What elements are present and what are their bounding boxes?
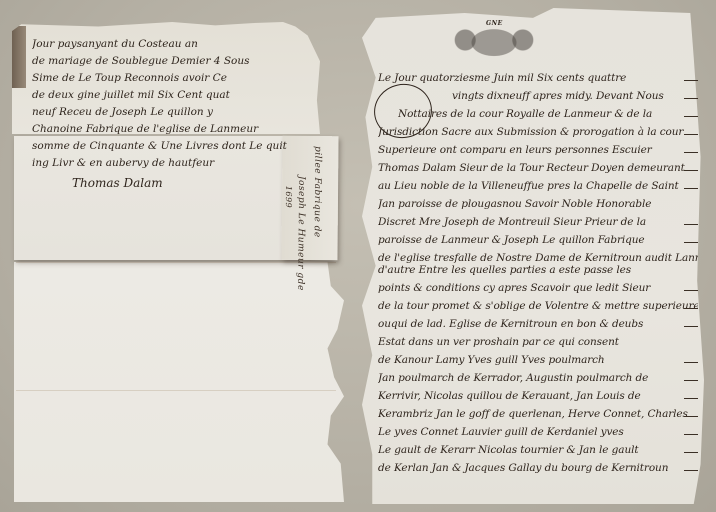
line-filler-dash xyxy=(684,416,698,417)
manuscript-line: au Lieu noble de la Villeneuffue pres la… xyxy=(378,180,698,192)
manuscript-line: Estat dans un ver proshain par ce qui co… xyxy=(378,336,698,348)
manuscript-line: Jour paysanyant du Costeau an xyxy=(32,38,312,50)
docket-strip: pillee Fabrique de Joseph Le Humeur gde … xyxy=(281,136,338,260)
left-folio-lower-panel xyxy=(14,262,344,502)
line-filler-dash xyxy=(684,308,698,309)
line-filler-dash xyxy=(684,98,698,99)
line-filler-dash xyxy=(684,242,698,243)
line-filler-dash xyxy=(684,152,698,153)
manuscript-line: Nottaires de la cour Royalle de Lanmeur … xyxy=(398,108,698,120)
manuscript-line: neuf Receu de Joseph Le quillon y xyxy=(32,106,312,118)
manuscript-line: de mariage de Soublegue Demier 4 Sous xyxy=(32,55,312,67)
manuscript-line: d'autre Entre les quelles parties a este… xyxy=(378,264,698,276)
manuscript-line: Jan poulmarch de Kerrador, Augustin poul… xyxy=(378,372,698,384)
manuscript-line: Le gault de Kerarr Nicolas tournier & Ja… xyxy=(378,444,698,456)
fold-line xyxy=(16,390,336,391)
line-filler-dash xyxy=(684,224,698,225)
line-filler-dash xyxy=(684,470,698,471)
manuscript-line: de Kerlan Jan & Jacques Gallay du bourg … xyxy=(378,462,698,474)
line-filler-dash xyxy=(684,398,698,399)
fold-line xyxy=(16,262,336,263)
line-filler-dash xyxy=(684,434,698,435)
manuscript-line: Jurisdiction Sacre aux Submission & pror… xyxy=(378,126,698,138)
manuscript-line: somme de Cinquante & Une Livres dont Le … xyxy=(32,140,312,152)
manuscript-line: de la tour promet & s'oblige de Volentre… xyxy=(378,300,698,312)
line-filler-dash xyxy=(684,326,698,327)
manuscript-line: paroisse de Lanmeur & Joseph Le quillon … xyxy=(378,234,698,246)
line-filler-dash xyxy=(684,362,698,363)
manuscript-line: Kerrivir, Nicolas quillou de Kerauant, J… xyxy=(378,390,698,402)
line-filler-dash xyxy=(684,134,698,135)
manuscript-line: Le Jour quatorziesme Juin mil Six cents … xyxy=(378,72,698,84)
line-filler-dash xyxy=(684,188,698,189)
manuscript-line: de deux gine juillet mil Six Cent quat xyxy=(32,89,312,101)
manuscript-line: vingts dixneuff apres midy. Devant Nous xyxy=(452,90,698,102)
manuscript-line: Discret Mre Joseph de Montreuil Sieur Pr… xyxy=(378,216,698,228)
line-filler-dash xyxy=(684,170,698,171)
manuscript-line: Chanoine Fabrique de l'eglise de Lanmeur xyxy=(32,123,312,135)
manuscript-line: Jan paroisse de plougasnou Savoir Noble … xyxy=(378,198,698,210)
docket-line: pillee Fabrique de xyxy=(312,146,323,238)
manuscript-line: Sime de Le Toup Reconnois avoir Ce xyxy=(32,72,312,84)
manuscript-line: Kerambriz Jan le goff de querlenan, Herv… xyxy=(378,408,698,420)
docket-line: Joseph Le Humeur gde xyxy=(295,176,306,291)
manuscript-line: ing Livr & en aubervy de hautfeur xyxy=(32,157,312,169)
line-filler-dash xyxy=(684,290,698,291)
line-filler-dash xyxy=(684,80,698,81)
manuscript-line: points & conditions cy apres Scavoir que… xyxy=(378,282,698,294)
edge-stain xyxy=(12,26,26,88)
stamp-label: GNE xyxy=(486,20,503,27)
manuscript-line: ouqui de lad. Eglise de Kernitroun en bo… xyxy=(378,318,698,330)
signature: Thomas Dalam xyxy=(72,176,352,190)
line-filler-dash xyxy=(684,452,698,453)
line-filler-dash xyxy=(684,116,698,117)
manuscript-line: Le yves Connet Lauvier guill de Kerdanie… xyxy=(378,426,698,438)
line-filler-dash xyxy=(684,380,698,381)
manuscript-line: de Kanour Lamy Yves guill Yves poulmarch xyxy=(378,354,698,366)
manuscript-line: Thomas Dalam Sieur de la Tour Recteur Do… xyxy=(378,162,698,174)
manuscript-line: Superieure ont comparu en leurs personne… xyxy=(378,144,698,156)
manuscript-line: de l'eglise tresfalle de Nostre Dame de … xyxy=(378,252,698,264)
